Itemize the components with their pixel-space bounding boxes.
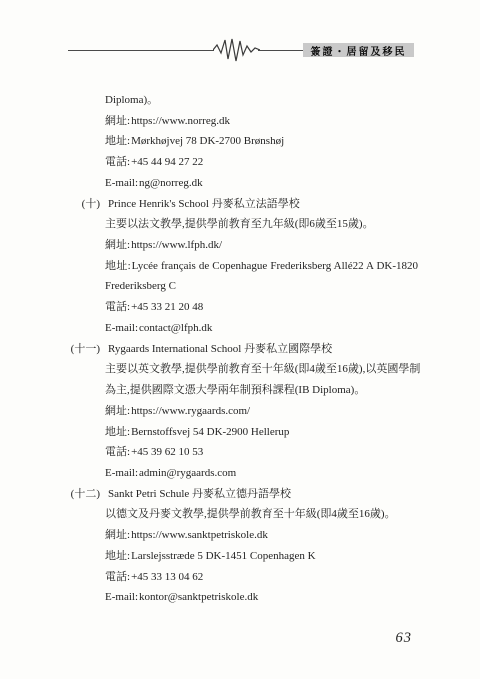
- field-line-email: E-mail:ng@norreg.dk: [105, 173, 418, 194]
- field-line-address: 地址:Bernstoffsvej 54 DK-2900 Hellerup: [105, 422, 418, 443]
- field-value-email: contact@lfph.dk: [139, 322, 212, 334]
- field-value-url: https://www.rygaards.com/: [131, 405, 250, 417]
- field-label: 地址: [105, 550, 127, 562]
- field-value-address: Lycée français de Copenhague Frederiksbe…: [132, 260, 418, 272]
- field-label: E-mail: [105, 177, 135, 189]
- field-line-website: 網址:https://www.lfph.dk/: [105, 235, 418, 256]
- colon: :: [127, 550, 130, 562]
- address-continuation-line: Frederiksberg C: [105, 276, 418, 297]
- field-value-phone: +45 44 94 27 22: [131, 156, 203, 168]
- colon: :: [128, 260, 131, 272]
- colon: :: [127, 301, 130, 313]
- field-label: 網址: [105, 239, 127, 251]
- field-label: 網址: [105, 115, 127, 127]
- field-label: 地址: [105, 426, 127, 438]
- field-value-phone: +45 33 13 04 62: [131, 571, 203, 583]
- field-value-address: Bernstoffsvej 54 DK-2900 Hellerup: [131, 426, 289, 438]
- field-label: E-mail: [105, 322, 135, 334]
- section-title: Rygaards International School 丹麥私立國際學校: [108, 343, 332, 355]
- field-value-phone: +45 33 21 20 48: [131, 301, 203, 313]
- field-value-address: Larslejsstræde 5 DK-1451 Copenhagen K: [131, 550, 316, 562]
- field-line-website: 網址:https://www.norreg.dk: [105, 111, 418, 132]
- chapter-banner-text: 簽證・居留及移民: [311, 43, 407, 58]
- field-label: 網址: [105, 405, 127, 417]
- section-heading: (十二)Sankt Petri Schule 丹麥私立德丹語學校: [105, 484, 418, 505]
- section-number: (十二): [55, 484, 105, 505]
- continuation-line: Diploma)。: [105, 90, 418, 111]
- field-line-email: E-mail:admin@rygaards.com: [105, 463, 418, 484]
- colon: :: [135, 177, 138, 189]
- description-line: 主要以法文教學,提供學前教育至九年級(即6歲至15歲)。: [105, 214, 418, 235]
- colon: :: [127, 529, 130, 541]
- field-line-email: E-mail:contact@lfph.dk: [105, 318, 418, 339]
- field-line-website: 網址:https://www.sanktpetriskole.dk: [105, 525, 418, 546]
- field-value-phone: +45 39 62 10 53: [131, 446, 203, 458]
- field-line-address: 地址:Lycée français de Copenhague Frederik…: [105, 256, 418, 277]
- field-label: 電話: [105, 571, 127, 583]
- pulse-zigzag-icon: [213, 36, 260, 64]
- colon: :: [127, 156, 130, 168]
- colon: :: [127, 115, 130, 127]
- field-value-email: kontor@sanktpetriskole.dk: [139, 591, 258, 603]
- field-line-website: 網址:https://www.rygaards.com/: [105, 401, 418, 422]
- document-page: 簽證・居留及移民 Diploma)。 網址:https://www.norreg…: [0, 0, 480, 679]
- section-title: Prince Henrik's School 丹麥私立法語學校: [108, 198, 300, 210]
- field-label: 電話: [105, 446, 127, 458]
- page-number: 63: [396, 630, 413, 647]
- field-value-url: https://www.lfph.dk/: [131, 239, 222, 251]
- field-value-email: ng@norreg.dk: [139, 177, 203, 189]
- header-rule-right: [258, 50, 305, 51]
- field-label: E-mail: [105, 591, 135, 603]
- field-line-address: 地址:Larslejsstræde 5 DK-1451 Copenhagen K: [105, 546, 418, 567]
- description-line: 主要以英文教學,提供學前教育至十年級(即4歲至16歲),以英國學制: [105, 359, 418, 380]
- field-value-url: https://www.sanktpetriskole.dk: [131, 529, 268, 541]
- chapter-banner: 簽證・居留及移民: [303, 43, 414, 57]
- field-label: 電話: [105, 156, 127, 168]
- field-value-email: admin@rygaards.com: [139, 467, 236, 479]
- field-value-address: Mørkhøjvej 78 DK-2700 Brønshøj: [131, 135, 284, 147]
- colon: :: [127, 426, 130, 438]
- field-label: 電話: [105, 301, 127, 313]
- section-heading: (十)Prince Henrik's School 丹麥私立法語學校: [105, 194, 418, 215]
- field-label: 地址: [105, 135, 127, 147]
- field-label: E-mail: [105, 467, 135, 479]
- colon: :: [127, 135, 130, 147]
- colon: :: [135, 591, 138, 603]
- field-label: 地址: [105, 260, 128, 272]
- header-rule-left: [68, 50, 214, 51]
- colon: :: [135, 322, 138, 334]
- section-number: (十一): [55, 339, 105, 360]
- description-line: 以德文及丹麥文教學,提供學前教育至十年級(即4歲至16歲)。: [105, 504, 418, 525]
- field-line-phone: 電話:+45 39 62 10 53: [105, 442, 418, 463]
- colon: :: [135, 467, 138, 479]
- field-line-phone: 電話:+45 44 94 27 22: [105, 152, 418, 173]
- colon: :: [127, 571, 130, 583]
- field-label: 網址: [105, 529, 127, 541]
- field-line-email: E-mail:kontor@sanktpetriskole.dk: [105, 587, 418, 608]
- field-line-address: 地址:Mørkhøjvej 78 DK-2700 Brønshøj: [105, 131, 418, 152]
- colon: :: [127, 446, 130, 458]
- document-body: Diploma)。 網址:https://www.norreg.dk 地址:Mø…: [105, 90, 418, 608]
- field-value-url: https://www.norreg.dk: [131, 115, 230, 127]
- colon: :: [127, 405, 130, 417]
- field-line-phone: 電話:+45 33 21 20 48: [105, 297, 418, 318]
- description-line: 為主,提供國際文憑大學兩年制預科課程(IB Diploma)。: [105, 380, 418, 401]
- colon: :: [127, 239, 130, 251]
- field-line-phone: 電話:+45 33 13 04 62: [105, 567, 418, 588]
- section-number: (十): [55, 194, 105, 215]
- section-title: Sankt Petri Schule 丹麥私立德丹語學校: [108, 488, 291, 500]
- section-heading: (十一)Rygaards International School 丹麥私立國際…: [105, 339, 418, 360]
